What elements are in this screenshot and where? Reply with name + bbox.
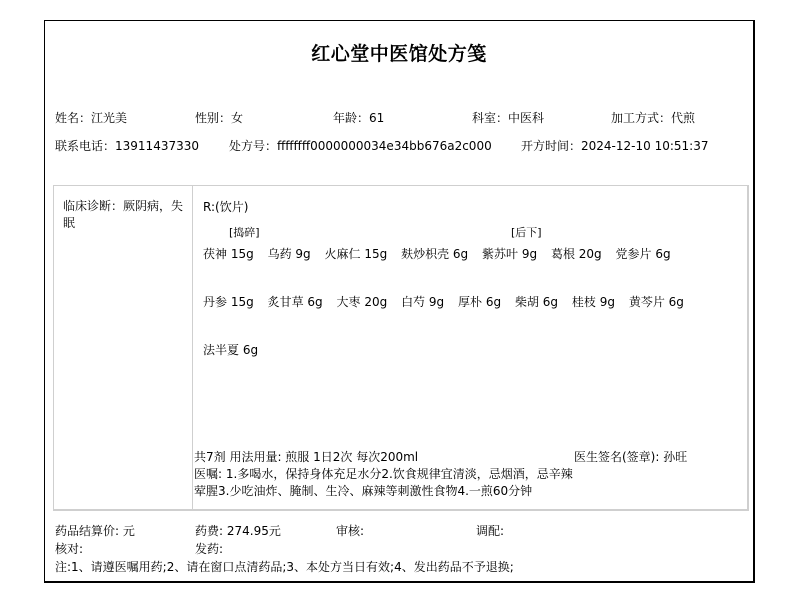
herb-item: 葛根 20g: [551, 247, 602, 261]
herb-line-2: 丹参 15g 炙甘草 6g 大枣 20g 白芍 9g 厚朴 6g 柴胡 6g 桂…: [203, 293, 694, 310]
processing-method: 加工方式：代煎: [611, 109, 695, 126]
herb-line-1: 茯神 15g 乌药 9g 火麻仁 15g 麸炒枳壳 6g 紫苏叶 9g 葛根 2…: [203, 245, 681, 262]
patient-phone: 联系电话：13911437330: [55, 137, 199, 154]
herb-item: 白芍 9g: [401, 295, 444, 309]
prescription-body: 临床诊断：厥阴病，失眠 R:(饮片) [捣碎] [后下] 茯神 15g 乌药 9…: [53, 185, 749, 511]
herb-item: 大枣 20g: [337, 295, 388, 309]
herb-item: 炙甘草 6g: [268, 295, 323, 309]
herb-item: 党参片 6g: [616, 247, 671, 261]
prescription-content: R:(饮片) [捣碎] [后下] 茯神 15g 乌药 9g 火麻仁 15g 麸炒…: [194, 186, 747, 509]
medical-advice: 医嘱: 1.多喝水，保持身体充足水分2.饮食规律宜清淡，忌烟酒，忌辛辣荤腥3.少…: [194, 466, 579, 500]
herb-item: 乌药 9g: [268, 247, 311, 261]
doctor-signature: 医生签名(签章): 孙旺: [574, 448, 687, 465]
prescription-time: 开方时间：2024-12-10 10:51:37: [521, 137, 708, 154]
dispense-field: 调配:: [476, 522, 504, 539]
rx-header: R:(饮片): [203, 198, 248, 215]
herb-item: 桂枝 9g: [572, 295, 615, 309]
patient-gender: 性别：女: [195, 109, 243, 126]
clinical-diagnosis: 临床诊断：厥阴病，失眠: [54, 186, 193, 509]
drug-fee: 药费: 274.95元: [195, 522, 281, 539]
herb-item: 紫苏叶 9g: [482, 247, 537, 261]
tag-add-later: [后下]: [511, 224, 542, 240]
herb-item: 法半夏 6g: [203, 343, 258, 357]
usage-dosage: 共7剂 用法用量: 煎服 1日2次 每次200ml: [194, 448, 418, 465]
herb-item: 黄芩片 6g: [629, 295, 684, 309]
herb-item: 柴胡 6g: [515, 295, 558, 309]
herb-item: 茯神 15g: [203, 247, 254, 261]
herb-item: 厚朴 6g: [458, 295, 501, 309]
page-title: 红心堂中医馆处方笺: [45, 39, 753, 66]
herb-item: 丹参 15g: [203, 295, 254, 309]
check-field: 核对:: [55, 540, 83, 557]
prescription-sheet: 红心堂中医馆处方笺 姓名：江光美 性别：女 年龄：61 科室：中医科 加工方式：…: [44, 20, 755, 583]
prescription-number: 处方号：ffffffff0000000034e34bb676a2c000: [229, 137, 492, 154]
issue-field: 发药:: [195, 540, 223, 557]
footer-note: 注:1、请遵医嘱用药;2、请在窗口点清药品;3、本处方当日有效;4、发出药品不予…: [55, 558, 514, 575]
department: 科室：中医科: [472, 109, 544, 126]
herb-item: 麸炒枳壳 6g: [401, 247, 468, 261]
tag-crush: [捣碎]: [229, 224, 260, 240]
herb-item: 火麻仁 15g: [325, 247, 388, 261]
settlement-price: 药品结算价: 元: [55, 522, 135, 539]
patient-name: 姓名：江光美: [55, 109, 127, 126]
review-field: 审核:: [336, 522, 364, 539]
patient-age: 年龄：61: [333, 109, 384, 126]
herb-line-3: 法半夏 6g: [203, 341, 268, 358]
